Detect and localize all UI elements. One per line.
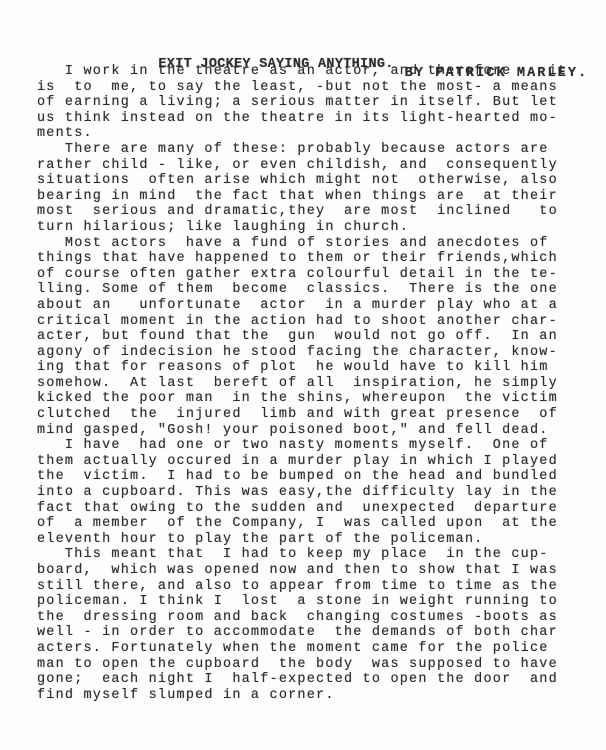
text-line: Most actors have a fund of stories and a… bbox=[37, 236, 567, 252]
text-line: acter, but found that the gun would not … bbox=[37, 329, 567, 345]
text-line: most serious and dramatic,they are most … bbox=[37, 204, 567, 220]
text-line: gone; each night I half-expected to open… bbox=[37, 672, 567, 688]
text-line: bearing in mind the fact that when thing… bbox=[37, 189, 567, 205]
text-line: kicked the poor man in the shins, whereu… bbox=[37, 391, 567, 407]
text-line: critical moment in the action had to sho… bbox=[37, 314, 567, 330]
text-line: is to me, to say the least, -but not the… bbox=[37, 80, 567, 96]
text-line: eleventh hour to play the part of the po… bbox=[37, 532, 567, 548]
text-line: the dressing room and back changing cost… bbox=[37, 610, 567, 626]
text-line: man to open the cupboard the body was su… bbox=[37, 657, 567, 673]
text-line: I have had one or two nasty moments myse… bbox=[37, 438, 567, 454]
text-line: ing that for reasons of plot he would ha… bbox=[37, 360, 567, 376]
text-line: of earning a living; a serious matter in… bbox=[37, 95, 567, 111]
text-line: still there, and also to appear from tim… bbox=[37, 579, 567, 595]
text-line: acters. Fortunately when the moment came… bbox=[37, 641, 567, 657]
text-line: ments. bbox=[37, 126, 567, 142]
text-line: of a member of the Company, I was called… bbox=[37, 516, 567, 532]
text-line: about an unfortunate actor in a murder p… bbox=[37, 298, 567, 314]
document-body: I work in the theatre as an actor, and t… bbox=[37, 64, 567, 703]
text-line: them actually occured in a murder play i… bbox=[37, 454, 567, 470]
text-line: clutched the injured limb and with great… bbox=[37, 407, 567, 423]
text-line: I work in the theatre as an actor, and t… bbox=[37, 64, 567, 80]
text-line: lling. Some of them become classics. The… bbox=[37, 282, 567, 298]
text-line: somehow. At last bereft of all inspirati… bbox=[37, 376, 567, 392]
text-line: well - in order to accommodate the deman… bbox=[37, 625, 567, 641]
text-line: situations often arise which might not o… bbox=[37, 173, 567, 189]
text-line: of course often gather extra colourful d… bbox=[37, 267, 567, 283]
text-line: fact that owing to the sudden and unexpe… bbox=[37, 501, 567, 517]
text-line: policeman. I think I lost a stone in wei… bbox=[37, 594, 567, 610]
text-line: rather child - like, or even childish, a… bbox=[37, 158, 567, 174]
text-line: things that have happened to them or the… bbox=[37, 251, 567, 267]
text-line: the victim. I had to be bumped on the he… bbox=[37, 469, 567, 485]
text-line: into a cupboard. This was easy,the diffi… bbox=[37, 485, 567, 501]
text-line: agony of indecision he stood facing the … bbox=[37, 345, 567, 361]
text-line: This meant that I had to keep my place i… bbox=[37, 547, 567, 563]
text-line: turn hilarious; like laughing in church. bbox=[37, 220, 567, 236]
text-line: mind gasped, "Gosh! your poisoned boot,"… bbox=[37, 423, 567, 439]
text-line: board, which was opened now and then to … bbox=[37, 563, 567, 579]
typewritten-page: EXIT JOCKEY SAYING ANYTHING.BY PATRICK M… bbox=[0, 0, 606, 750]
text-line: There are many of these: probably becaus… bbox=[37, 142, 567, 158]
text-line: find myself slumped in a corner. bbox=[37, 688, 567, 704]
text-line: us think instead on the theatre in its l… bbox=[37, 111, 567, 127]
